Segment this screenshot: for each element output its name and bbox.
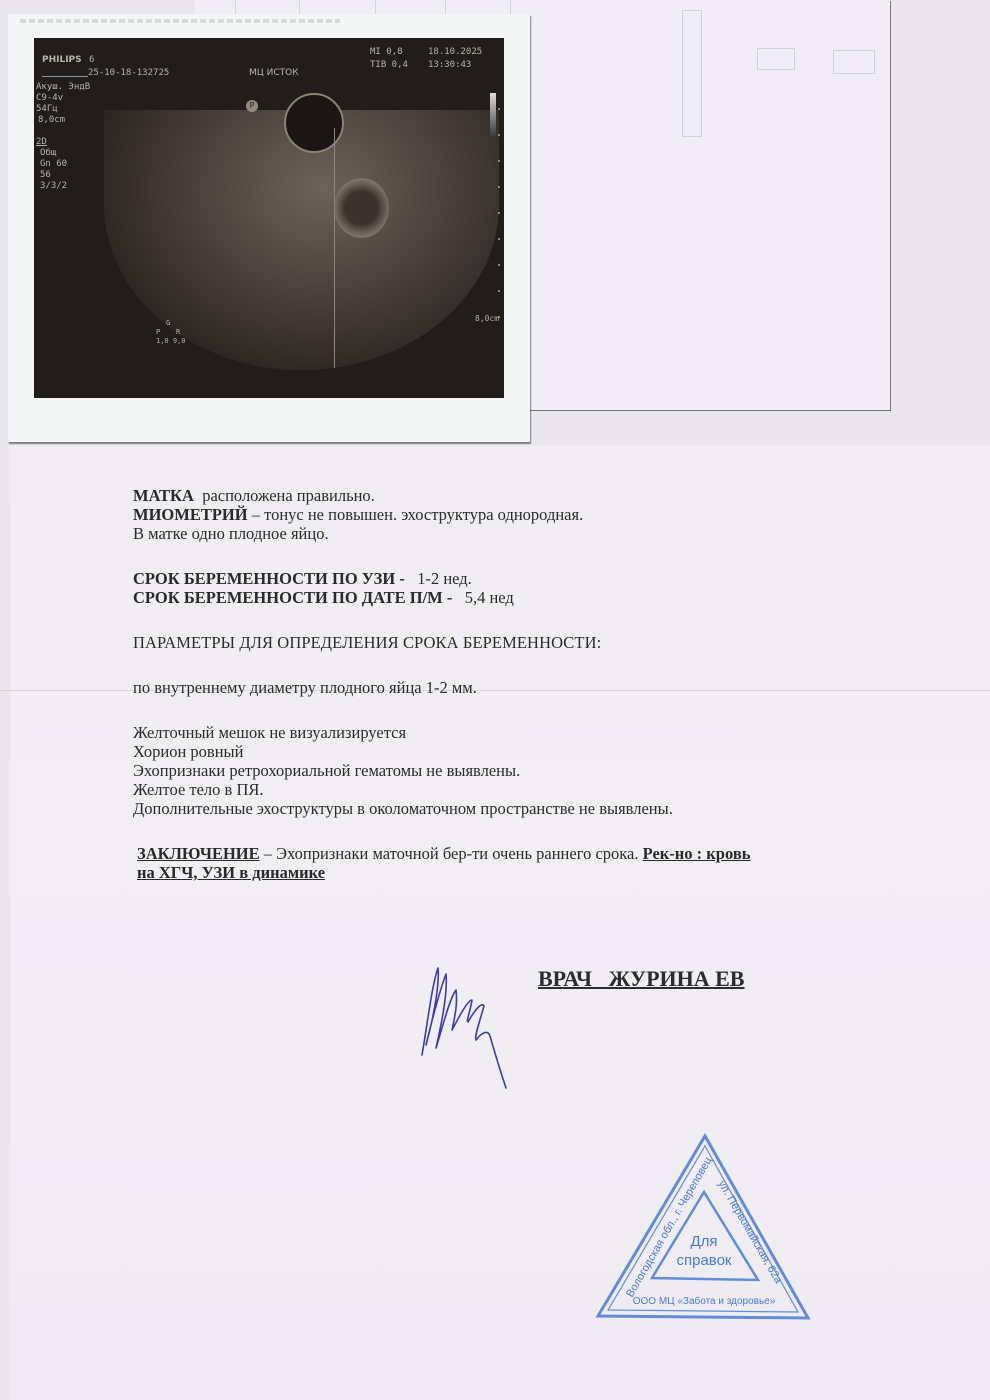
uterus-line: МАТКА расположена правильно.: [133, 486, 933, 505]
form-box: [682, 10, 702, 137]
device-brand: PHILIPS: [42, 55, 82, 66]
print-perforation: [20, 19, 340, 23]
myometrium-line: МИОМЕТРИЙ – тонус не повышен. эхострукту…: [133, 505, 933, 524]
finding-item: Дополнительные эхоструктуры в околоматоч…: [133, 799, 933, 818]
recommendation-continued: на ХГЧ, УЗИ в динамике: [137, 863, 325, 882]
study-id: 25-10-18-132725: [88, 68, 169, 79]
depth-marker: 8,0cm: [475, 313, 499, 324]
mode-param: 56: [40, 170, 51, 181]
mode-param: 3/3/2: [40, 181, 67, 192]
probe-model: C9-4v: [36, 93, 63, 104]
stamp-center-2: справок: [676, 1252, 731, 1269]
myometrium-label: МИОМЕТРИЙ: [133, 505, 248, 524]
stamp-bottom-text: ООО МЦ «Забота и здоровье»: [633, 1295, 776, 1307]
term-lmp-label: СРОК БЕРЕМЕННОСТИ ПО ДАТЕ П/М -: [133, 588, 452, 607]
doctor-name: ВРАЧ ЖУРИНА ЕВ: [538, 966, 744, 992]
frame-rate: 54Гц: [36, 104, 58, 115]
form-box: [833, 50, 875, 74]
mode-param: Gn 60: [40, 159, 67, 170]
finding-item: Хорион ровный: [133, 742, 933, 761]
ultrasound-report: МАТКА расположена правильно. МИОМЕТРИЙ –…: [133, 486, 933, 882]
finding-item: Желтое тело в ПЯ.: [133, 780, 933, 799]
mode: 2D: [36, 137, 47, 148]
preset: Акуш. ЭндВ: [36, 82, 90, 93]
term-us-label: СРОК БЕРЕМЕННОСТИ ПО УЗИ -: [133, 569, 405, 588]
uterus-label: МАТКА: [133, 486, 194, 505]
finding-item: Эхопризнаки ретрохориальной гематомы не …: [133, 761, 933, 780]
depth-ruler: [498, 108, 500, 338]
orientation-values: 1,0 9,0: [156, 336, 186, 347]
form-box: [757, 48, 795, 70]
myometrium-text: – тонус не повышен. эхоструктура однород…: [248, 505, 584, 524]
header-underline: [42, 76, 88, 77]
recommendation: Рек-но : кровь: [643, 844, 751, 863]
gestational-sac: [334, 178, 389, 238]
scan-guide-line: [334, 128, 335, 368]
params-heading: ПАРАМЕТРЫ ДЛЯ ОПРЕДЕЛЕНИЯ СРОКА БЕРЕМЕНН…: [133, 633, 933, 652]
stamp-right-text: ул. Первомайская, 62а: [715, 1179, 784, 1287]
conclusion-line: ЗАКЛЮЧЕНИЕ – Эхопризнаки маточной бер-ти…: [133, 844, 933, 863]
stamp-center-1: Для: [690, 1233, 717, 1250]
ultrasound-image: P PHILIPS 6 25-10-18-132725 МЦ ИСТОК MI …: [34, 38, 504, 398]
doctor-signature: [410, 960, 540, 1090]
ultrasound-printout: P PHILIPS 6 25-10-18-132725 МЦ ИСТОК MI …: [8, 14, 530, 442]
mi-index: MI 0,8: [370, 47, 403, 58]
uterus-text: расположена правильно.: [202, 486, 375, 505]
term-lmp-line: СРОК БЕРЕМЕННОСТИ ПО ДАТЕ П/М - 5,4 нед: [133, 588, 933, 607]
clinic-name: МЦ ИСТОК: [249, 68, 299, 79]
device-model: 6: [89, 55, 94, 66]
depth: 8,0cm: [38, 115, 65, 126]
diameter-line: по внутреннему диаметру плодного яйца 1-…: [133, 678, 933, 697]
probe-orientation-marker: P: [246, 100, 258, 112]
finding-item: Желточный мешок не визуализируется: [133, 723, 933, 742]
orientation-top: G: [166, 318, 170, 329]
grayscale-bar: [490, 93, 496, 138]
term-us-line: СРОК БЕРЕМЕННОСТИ ПО УЗИ - 1-2 нед.: [133, 569, 933, 588]
term-lmp-value: 5,4 нед: [465, 588, 514, 607]
conclusion-label: ЗАКЛЮЧЕНИЕ: [137, 844, 260, 863]
probe-footprint: [284, 93, 344, 153]
recommendation-line: на ХГЧ, УЗИ в динамике: [133, 863, 933, 882]
tib-index: TIB 0,4: [370, 60, 408, 71]
ovum-line: В матке одно плодное яйцо.: [133, 524, 933, 543]
clinic-stamp: Для справок Вологодская обл., г. Черепов…: [590, 1128, 815, 1323]
conclusion-text: – Эхопризнаки маточной бер-ти очень ранн…: [260, 844, 643, 863]
scan-time: 13:30:43: [428, 60, 471, 71]
mode-param: Общ: [40, 148, 56, 159]
scan-date: 18.10.2025: [428, 47, 482, 58]
term-us-value: 1-2 нед.: [417, 569, 472, 588]
